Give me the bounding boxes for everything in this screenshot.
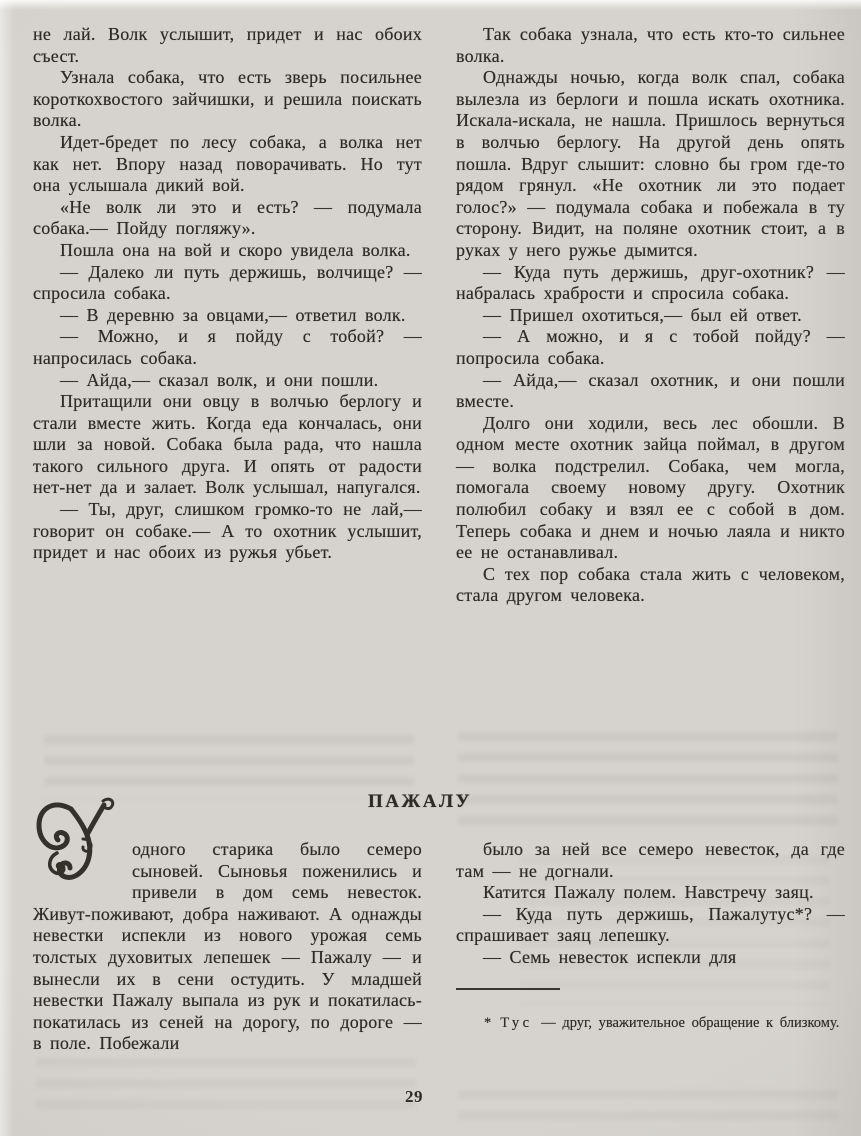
footnote-separator bbox=[456, 988, 560, 990]
paragraph: — Куда путь держишь, друг-охотник? — наб… bbox=[456, 262, 845, 305]
paragraph: — Семь невесток испекли для bbox=[456, 947, 845, 969]
paragraph: Притащили они овцу в волчью берлогу и ст… bbox=[33, 391, 422, 499]
story-end-columns: не лай. Волк услышит, придет и нас обоих… bbox=[33, 24, 845, 607]
ornate-drop-cap bbox=[33, 839, 132, 885]
footnote: *Тус — друг, уважительное обращение к бл… bbox=[456, 1013, 845, 1033]
paragraph: «Не волк ли это и есть? — подумала собак… bbox=[33, 197, 422, 240]
paragraph: — Ты, друг, слишком громко-то не лай,— г… bbox=[33, 499, 422, 564]
paragraph: С тех пор собака стала жить с человеком,… bbox=[456, 564, 845, 607]
footnote-term: Тус bbox=[500, 1015, 532, 1031]
paragraph: — Пришел охотиться,— был ей ответ. bbox=[456, 305, 845, 327]
ornate-initial-u-icon bbox=[33, 795, 129, 887]
story-end-right-column: Так собака узнала, что есть кто-то сильн… bbox=[456, 24, 845, 607]
pazhalu-right-paragraphs: было за ней все семеро невесток, да где … bbox=[456, 839, 845, 969]
paragraph: — Айда,— сказал охотник, и они пошли вме… bbox=[456, 370, 845, 413]
paragraph: было за ней все семеро невесток, да где … bbox=[456, 839, 845, 882]
book-page-scan: { "page": { "number": "29", "paper_color… bbox=[0, 0, 861, 1136]
paragraph: не лай. Волк услышит, придет и нас обоих… bbox=[33, 24, 422, 67]
paragraph: — В деревню за овцами,— ответил волк. bbox=[33, 305, 422, 327]
paragraph: — Куда путь держишь, Пажалутус*? — спраш… bbox=[456, 904, 845, 947]
footnote-definition: — друг, уважительное обращение к близком… bbox=[541, 1015, 839, 1031]
pazhalu-right-column: было за ней все семеро невесток, да где … bbox=[456, 839, 845, 1055]
paragraph: Долго они ходили, весь лес обошли. В одн… bbox=[456, 413, 845, 564]
paragraph: Идет-бредет по лесу собака, а волка нет … bbox=[33, 132, 422, 197]
story-end-left-column: не лай. Волк услышит, придет и нас обоих… bbox=[33, 24, 422, 607]
pazhalu-columns: одного старика было семеро сыновей. Сыно… bbox=[33, 839, 845, 1055]
paragraph: Так собака узнала, что есть кто-то сильн… bbox=[456, 24, 845, 67]
paragraph: Однажды ночью, когда волк спал, собака в… bbox=[456, 67, 845, 261]
paragraph: — Далеко ли путь держишь, волчище? — спр… bbox=[33, 262, 422, 305]
paragraph: — А можно, и я с тобой пойду? — попросил… bbox=[456, 326, 845, 369]
footnote-marker: * bbox=[484, 1015, 491, 1031]
print-bleed-ghost bbox=[458, 732, 838, 828]
paragraph: Узнала собака, что есть зверь посильнее … bbox=[33, 67, 422, 132]
pazhalu-left-column: одного старика было семеро сыновей. Сыно… bbox=[33, 839, 422, 1055]
paragraph: Пошла она на вой и скоро увидела волка. bbox=[33, 240, 422, 262]
paragraph: — Можно, и я пойду с тобой? — напросилас… bbox=[33, 326, 422, 369]
paragraph: Катится Пажалу полем. Навстречу заяц. bbox=[456, 882, 845, 904]
paragraph: — Айда,— сказал волк, и они пошли. bbox=[33, 370, 422, 392]
page-number: 29 bbox=[0, 1087, 828, 1107]
print-bleed-ghost bbox=[44, 735, 414, 799]
